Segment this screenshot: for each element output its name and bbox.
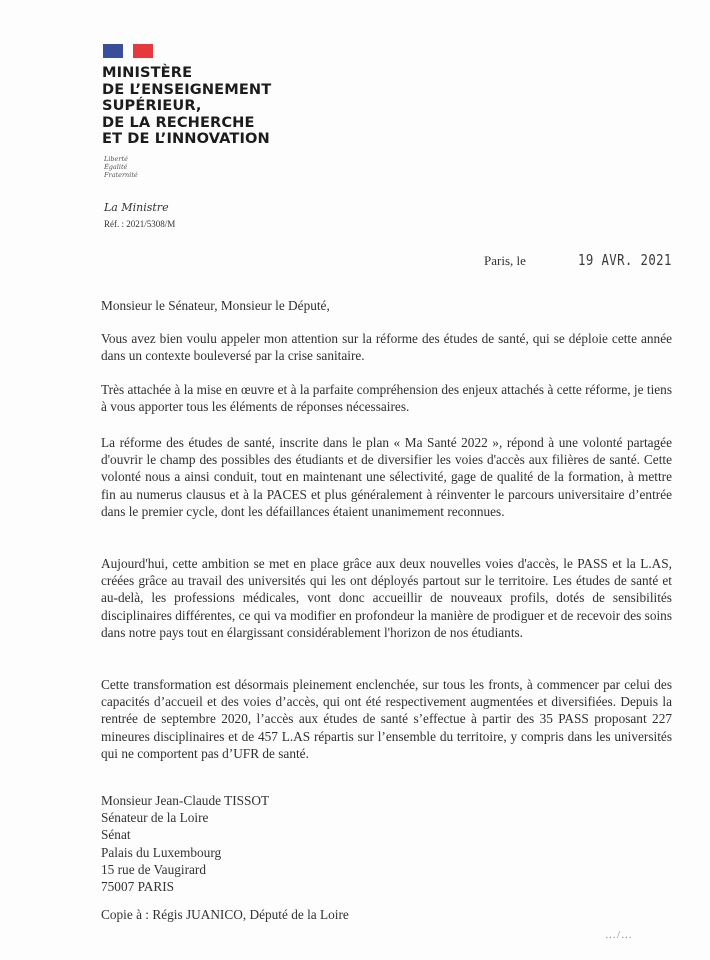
- ministry-name: MINISTÈRE DE L’ENSEIGNEMENT SUPÉRIEUR, D…: [102, 65, 362, 148]
- ministry-line: DE L’ENSEIGNEMENT: [102, 82, 362, 99]
- address-line: Monsieur Jean-Claude TISSOT: [101, 792, 269, 809]
- address-line: Palais du Luxembourg: [101, 844, 269, 861]
- motto-line: Liberté: [104, 155, 138, 163]
- address-line: Sénateur de la Loire: [101, 809, 269, 826]
- letter-page: MINISTÈRE DE L’ENSEIGNEMENT SUPÉRIEUR, D…: [0, 0, 710, 960]
- paragraph: Vous avez bien voulu appeler mon attenti…: [101, 330, 672, 364]
- address-line: 15 rue de Vaugirard: [101, 861, 269, 878]
- signatory-title: La Ministre: [104, 201, 169, 214]
- salutation: Monsieur le Sénateur, Monsieur le Député…: [101, 297, 672, 314]
- paragraph: Aujourd'hui, cette ambition se met en pl…: [101, 555, 672, 641]
- paragraph: Très attachée à la mise en œuvre et à la…: [101, 381, 672, 415]
- motto-line: Fraternité: [104, 171, 138, 179]
- motto-line: Égalité: [104, 163, 138, 171]
- reference-number: Réf. : 2021/5308/M: [104, 219, 175, 229]
- paragraph: Cette transformation est désormais plein…: [101, 676, 672, 762]
- address-line: 75007 PARIS: [101, 878, 269, 895]
- date-stamp: 19 AVR. 2021: [578, 251, 672, 269]
- dateline-place: Paris, le: [484, 253, 526, 269]
- flag-red-stripe: [133, 44, 153, 58]
- address-line: Sénat: [101, 826, 269, 843]
- flag-blue-stripe: [103, 44, 123, 58]
- continuation-mark: …/…: [605, 929, 633, 941]
- ministry-line: MINISTÈRE: [102, 65, 362, 82]
- republic-motto: Liberté Égalité Fraternité: [104, 155, 138, 179]
- french-flag-logo: [103, 44, 153, 59]
- paragraph: La réforme des études de santé, inscrite…: [101, 434, 672, 520]
- ministry-line: SUPÉRIEUR,: [102, 98, 362, 115]
- copy-to-line: Copie à : Régis JUANICO, Député de la Lo…: [101, 907, 349, 923]
- ministry-line: DE LA RECHERCHE: [102, 115, 362, 132]
- ministry-line: ET DE L’INNOVATION: [102, 131, 362, 148]
- recipient-address: Monsieur Jean-Claude TISSOT Sénateur de …: [101, 792, 269, 895]
